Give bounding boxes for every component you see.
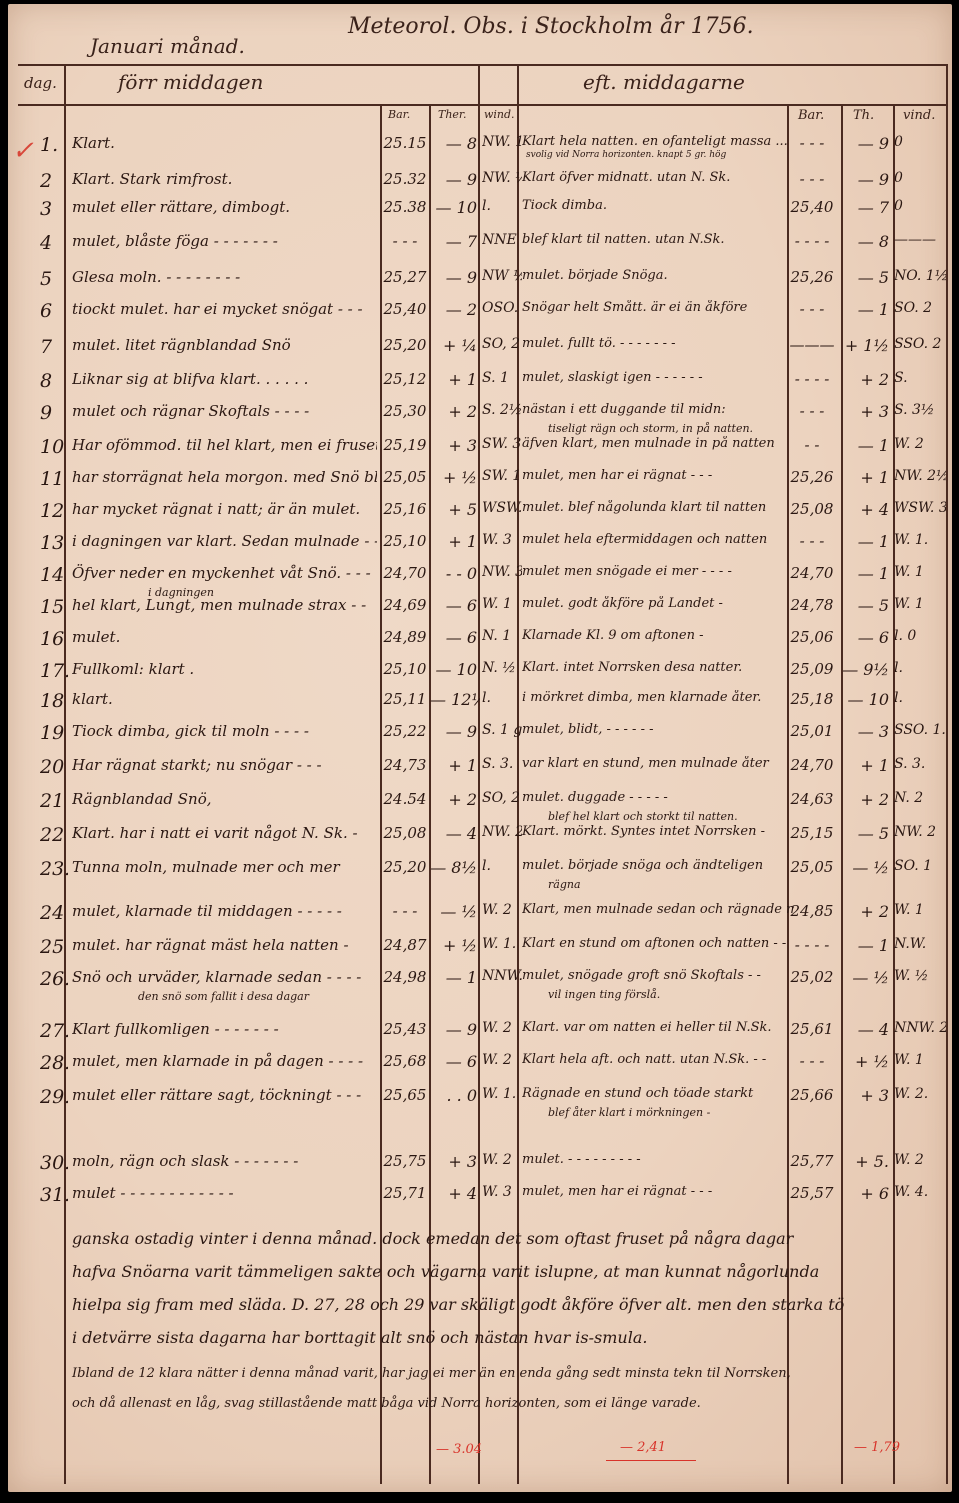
cell-bar2: - - - - [786, 370, 838, 388]
cell-bar2: 25,02 [786, 968, 838, 986]
table-row: 4mulet, blåste föga - - - - - - -- - -— … [8, 232, 952, 256]
cell-day: 24 [40, 902, 68, 924]
col-header-wind: wind. [484, 108, 515, 121]
cell-wind2: S. 3½ [894, 402, 946, 418]
cell-pm: mulet, men har ei rägnat - - - [522, 1184, 794, 1199]
cell-am: mulet. litet rägnblandad Snö [72, 336, 377, 354]
cell-pm: Klart, men mulnade sedan och rägnade myc… [522, 902, 794, 917]
cell-am: tiockt mulet. har ei mycket snögat - - - [72, 300, 377, 318]
cell-pm: mulet. godt åkföre på Landet - [522, 596, 794, 611]
cell-wind: SW. 3 [482, 436, 522, 452]
cell-ther: + 1 [430, 532, 480, 551]
cell-ther2: — 9 [838, 170, 893, 189]
col-header-ther2: Th. [853, 108, 874, 123]
cell-bar2: ——— [786, 336, 838, 354]
table-row: 24mulet, klarnade til middagen - - - - -… [8, 902, 952, 926]
cell-wind: OSO. 1 [482, 300, 522, 316]
cell-bar: 24.54 [380, 790, 430, 808]
cell-wind2: WSW. 3. [894, 500, 946, 516]
table-row: 9mulet och rägnar Skoftals - - - -25,30+… [8, 402, 952, 426]
cell-ther2: — 5 [838, 596, 893, 615]
cell-wind: SW. 1 [482, 468, 522, 484]
cell-ther: + ¼ [430, 336, 480, 355]
cell-ther2: + ½ [838, 1052, 893, 1071]
cell-ther2: — 8 [838, 232, 893, 251]
table-row: 2Klart. Stark rimfrost.25.32— 9NW. ½Klar… [8, 170, 952, 194]
cell-wind: NW. 2 [482, 824, 522, 840]
table-row: 26.Snö och urväder, klarnade sedan - - -… [8, 968, 952, 992]
cell-pm: Klart hela natten. en ofanteligt massa .… [522, 134, 794, 149]
cell-am: Har rägnat starkt; nu snögar - - - [72, 756, 377, 774]
col-header-pm: eft. middagarne [583, 70, 745, 94]
cell-pm: mulet, blidt, - - - - - - [522, 722, 794, 737]
cell-ther: — 9 [430, 722, 480, 741]
cell-wind2: W. 1 [894, 1052, 946, 1068]
cell-wind2: NW. 2 [894, 824, 946, 840]
cell-bar2: 25,08 [786, 500, 838, 518]
cell-pm: äfven klart, men mulnade in på natten [522, 436, 794, 451]
cell-bar2: 25,05 [786, 858, 838, 876]
cell-ther: . . 0 [430, 1086, 480, 1105]
table-row: 28.mulet, men klarnade in på dagen - - -… [8, 1052, 952, 1076]
cell-bar: 25,10 [380, 660, 430, 678]
table-row: 16mulet.24,89— 6N. 1Klarnade Kl. 9 om af… [8, 628, 952, 652]
cell-bar2: 25,01 [786, 722, 838, 740]
cell-day: 28. [40, 1052, 68, 1074]
total-underline [606, 1460, 696, 1461]
cell-wind2: N.W. [894, 936, 946, 952]
cell-am: mulet. [72, 628, 377, 646]
cell-wind: S. 1 [482, 370, 522, 386]
cell-ther2: — 1 [838, 532, 893, 551]
cell-bar2: 25,15 [786, 824, 838, 842]
cell-wind: NW. 3 [482, 564, 522, 580]
cell-pm: mulet. började Snöga. [522, 268, 794, 283]
cell-wind2: SO. 2 [894, 300, 946, 316]
col-header-wind2: vind. [903, 108, 935, 123]
cell-wind2: l. [894, 690, 946, 706]
cell-day: 25 [40, 936, 68, 958]
cell-bar2: 24,70 [786, 756, 838, 774]
cell-ther: + 1 [430, 370, 480, 389]
cell-pm: nästan i ett duggande til midn: [522, 402, 794, 417]
manuscript-page: Meteorol. Obs. i Stockholm år 1756. Janu… [8, 4, 952, 1492]
cell-am: Snö och urväder, klarnade sedan - - - - [72, 968, 377, 986]
cell-day: 31. [40, 1184, 68, 1206]
cell-bar: 25,19 [380, 436, 430, 454]
table-row: 18klart.25,11— 12½l.i mörkret dimba, men… [8, 690, 952, 714]
cell-ther2: + 6 [838, 1184, 893, 1203]
cell-wind: NNW. 1½ [482, 968, 522, 984]
cell-pm: var klart en stund, men mulnade åter [522, 756, 794, 771]
table-row: 3mulet eller rättare, dimbogt.25.38— 10l… [8, 198, 952, 222]
cell-wind: NW ½ [482, 268, 522, 284]
cell-ther2: + 2 [838, 370, 893, 389]
cell-wind: l. [482, 198, 522, 214]
cell-ther2: — 1 [838, 436, 893, 455]
cell-bar: 24,73 [380, 756, 430, 774]
cell-day: 6 [40, 300, 68, 322]
total-ther-pm: — 1,79 [854, 1440, 900, 1455]
cell-day: 10 [40, 436, 68, 458]
cell-wind2: W. 2. [894, 1086, 946, 1102]
cell-wind2: W. ½ [894, 968, 946, 984]
cell-pm-note: svolig vid Norra horizonten. knapt 5 gr.… [526, 150, 726, 160]
cell-ther2: + 1 [838, 468, 893, 487]
cell-day: 22 [40, 824, 68, 846]
summary-line: i detvärre sista dagarna har borttagit a… [72, 1328, 647, 1347]
cell-pm-note: blef åter klart i mörkningen - [548, 1106, 710, 1119]
cell-am: mulet eller rättare sagt, töckningt - - … [72, 1086, 377, 1104]
cell-bar2: 25,26 [786, 468, 838, 486]
cell-ther2: — 3 [838, 722, 893, 741]
cell-ther2: + 3 [838, 402, 893, 421]
cell-ther2: — 1 [838, 936, 893, 955]
cell-wind: S. 3. [482, 756, 522, 772]
cell-bar2: 24,70 [786, 564, 838, 582]
cell-wind: SO, 2 [482, 336, 522, 352]
cell-am: moln, rägn och slask - - - - - - - [72, 1152, 377, 1170]
cell-wind: l. [482, 858, 522, 874]
cell-pm: mulet. - - - - - - - - - [522, 1152, 794, 1167]
cell-bar: 25,30 [380, 402, 430, 420]
cell-wind: W. 2 [482, 1152, 522, 1168]
cell-am: Klart. [72, 134, 377, 152]
cell-pm: Tiock dimba. [522, 198, 794, 213]
cell-am: Fullkoml: klart . [72, 660, 377, 678]
cell-ther2: + 1 [838, 756, 893, 775]
summary-line: hafva Snöarna varit tämmeligen sakte och… [72, 1262, 819, 1281]
cell-day: 5 [40, 268, 68, 290]
cell-am: har mycket rägnat i natt; är än mulet. [72, 500, 377, 518]
cell-bar2: - - [786, 436, 838, 454]
table-row: 15hel klart, Lungt, men mulnade strax - … [8, 596, 952, 620]
cell-pm: mulet men snögade ei mer - - - - [522, 564, 794, 579]
cell-day: 2 [40, 170, 68, 192]
cell-day: 27. [40, 1020, 68, 1042]
cell-wind: W. 2 [482, 1052, 522, 1068]
cell-day: 9 [40, 402, 68, 424]
cell-ther2: — 10 [838, 690, 893, 709]
table-row: 1.Klart.25.15— 8NW. 1.Klart hela natten.… [8, 134, 952, 158]
cell-ther: — 9 [430, 268, 480, 287]
cell-pm: Klart. var om natten ei heller til N.Sk. [522, 1020, 794, 1035]
cell-ther2: — 1 [838, 564, 893, 583]
table-row: 8Liknar sig at blifva klart. . . . . .25… [8, 370, 952, 394]
cell-bar2: - - - [786, 1052, 838, 1070]
cell-am: hel klart, Lungt, men mulnade strax - - [72, 596, 377, 614]
cell-bar: 24,98 [380, 968, 430, 986]
cell-day: 13 [40, 532, 68, 554]
cell-bar: 24,89 [380, 628, 430, 646]
header-rule-bottom [18, 104, 948, 106]
cell-ther2: + 2 [838, 902, 893, 921]
cell-am: Tiock dimba, gick til moln - - - - [72, 722, 377, 740]
cell-am: Tunna moln, mulnade mer och mer [72, 858, 377, 876]
cell-bar2: 24,85 [786, 902, 838, 920]
summary-line: ganska ostadig vinter i denna månad. doc… [72, 1229, 793, 1248]
cell-am: mulet, blåste föga - - - - - - - [72, 232, 377, 250]
cell-pm: Klarnade Kl. 9 om aftonen - [522, 628, 794, 643]
cell-ther: + 5 [430, 500, 480, 519]
cell-pm: mulet. blef någolunda klart til natten [522, 500, 794, 515]
cell-am: Rägnblandad Snö, [72, 790, 377, 808]
cell-wind: W. 1. [482, 1086, 522, 1102]
cell-day: 19 [40, 722, 68, 744]
cell-am: Glesa moln. - - - - - - - - [72, 268, 377, 286]
cell-wind: l. [482, 690, 522, 706]
cell-wind2: SO. 1 [894, 858, 946, 874]
summary-line: hielpa sig fram med släda. D. 27, 28 och… [72, 1295, 844, 1314]
cell-pm: Rägnade en stund och töade starkt [522, 1086, 794, 1101]
table-row: 23.Tunna moln, mulnade mer och mer25,20—… [8, 858, 952, 882]
cell-pm: i mörkret dimba, men klarnade åter. [522, 690, 794, 705]
cell-bar: - - - [380, 902, 430, 920]
cell-day: 20 [40, 756, 68, 778]
cell-wind: W. 3 [482, 532, 522, 548]
cell-wind: NW. 1. [482, 134, 522, 150]
total-bar-pm: — 2,41 [620, 1440, 666, 1455]
cell-bar2: 25,40 [786, 198, 838, 216]
col-header-day: dag. [24, 74, 57, 92]
cell-wind2: S. [894, 370, 946, 386]
summary-line: och då allenast en låg, svag stillaståen… [72, 1396, 701, 1411]
cell-day: 17. [40, 660, 68, 682]
cell-ther2: — 5 [838, 268, 893, 287]
cell-pm: mulet, snögade groft snö Skoftals - - [522, 968, 794, 983]
cell-bar2: - - - - [786, 936, 838, 954]
cell-bar: 25,40 [380, 300, 430, 318]
cell-bar: 24,69 [380, 596, 430, 614]
cell-bar: 25,20 [380, 858, 430, 876]
cell-wind2: W. 4. [894, 1184, 946, 1200]
cell-wind2: l. 0 [894, 628, 946, 644]
table-row: 12har mycket rägnat i natt; är än mulet.… [8, 500, 952, 524]
summary-line: Ibland de 12 klara nätter i denna månad … [72, 1366, 791, 1381]
cell-wind: N. ½ [482, 660, 522, 676]
cell-wind: W. 3 [482, 1184, 522, 1200]
cell-ther: — 9 [430, 170, 480, 189]
total-ther-am: — 3.04 [436, 1442, 482, 1457]
cell-wind: NW. ½ [482, 170, 522, 186]
cell-ther: — 10 [430, 660, 480, 679]
table-row: 5Glesa moln. - - - - - - - -25,27— 9NW ½… [8, 268, 952, 292]
cell-wind2: W. 2 [894, 1152, 946, 1168]
cell-am: Har ofömmod. til hel klart, men ei fruse… [72, 436, 377, 454]
cell-wind2: ——— [894, 232, 946, 248]
cell-bar2: 25,57 [786, 1184, 838, 1202]
cell-ther2: — 1 [838, 300, 893, 319]
table-row: 21Rägnblandad Snö,24.54+ 2SO, 2mulet. du… [8, 790, 952, 814]
cell-ther: — 6 [430, 628, 480, 647]
cell-bar2: 25,61 [786, 1020, 838, 1038]
cell-bar2: - - - [786, 170, 838, 188]
cell-bar: 25,43 [380, 1020, 430, 1038]
cell-pm: blef klart til natten. utan N.Sk. [522, 232, 794, 247]
table-row: 30.moln, rägn och slask - - - - - - -25,… [8, 1152, 952, 1176]
cell-ther: — 4 [430, 824, 480, 843]
cell-wind: NNE [482, 232, 522, 248]
cell-bar: 25,27 [380, 268, 430, 286]
cell-ther2: + 5. [838, 1152, 893, 1171]
cell-am: i dagningen var klart. Sedan mulnade - - [72, 532, 377, 550]
cell-am: mulet eller rättare, dimbogt. [72, 198, 377, 216]
cell-day: 7 [40, 336, 68, 358]
cell-wind2: 0 [894, 134, 946, 150]
col-header-bar: Bar. [388, 108, 410, 121]
cell-bar: 25.32 [380, 170, 430, 188]
cell-am: mulet, klarnade til middagen - - - - - [72, 902, 377, 920]
cell-bar: - - - [380, 232, 430, 250]
cell-ther2: + 4 [838, 500, 893, 519]
cell-bar: 25,71 [380, 1184, 430, 1202]
cell-ther: — 8½ [430, 858, 480, 877]
cell-pm: Snögar helt Smått. är ei än åkföre [522, 300, 794, 315]
cell-day: 26. [40, 968, 68, 990]
cell-ther2: — ½ [838, 858, 893, 877]
cell-wind2: 0 [894, 198, 946, 214]
cell-pm: mulet. fullt tö. - - - - - - - [522, 336, 794, 351]
cell-ther2: + 3 [838, 1086, 893, 1105]
cell-ther: + ½ [430, 936, 480, 955]
cell-wind2: 0 [894, 170, 946, 186]
cell-ther: — 2 [430, 300, 480, 319]
cell-ther2: — 7 [838, 198, 893, 217]
cell-am: klart. [72, 690, 377, 708]
cell-am: Klart. har i natt ei varit något N. Sk. … [72, 824, 377, 842]
cell-ther: + ½ [430, 468, 480, 487]
cell-pm: mulet. började snöga och ändteligen [522, 858, 794, 873]
cell-wind2: S. 3. [894, 756, 946, 772]
cell-ther: + 3 [430, 1152, 480, 1171]
cell-pm: Klart öfver midnatt. utan N. Sk. [522, 170, 794, 185]
cell-bar: 24,87 [380, 936, 430, 954]
cell-day: 14 [40, 564, 68, 586]
cell-bar: 25,12 [380, 370, 430, 388]
cell-ther: — 8 [430, 134, 480, 153]
table-row: 6tiockt mulet. har ei mycket snögat - - … [8, 300, 952, 324]
cell-wind: SO, 2 [482, 790, 522, 806]
cell-am: Klart fullkomligen - - - - - - - [72, 1020, 377, 1038]
cell-ther: — 1 [430, 968, 480, 987]
month-label: Januari månad. [90, 34, 245, 58]
cell-wind: W. 1 [482, 596, 522, 612]
cell-ther: — ½ [430, 902, 480, 921]
cell-ther: — 6 [430, 1052, 480, 1071]
cell-ther2: — 5 [838, 824, 893, 843]
table-row: 20Har rägnat starkt; nu snögar - - -24,7… [8, 756, 952, 780]
cell-ther2: — 9 [838, 134, 893, 153]
col-header-am: förr middagen [118, 70, 263, 94]
cell-wind2: SSO. 2 [894, 336, 946, 352]
cell-ther: — 6 [430, 596, 480, 615]
cell-wind2: W. 1 [894, 564, 946, 580]
cell-pm-note: blef hel klart och storkt til natten. [548, 810, 738, 823]
cell-bar2: 25,09 [786, 660, 838, 678]
cell-bar2: 24,63 [786, 790, 838, 808]
cell-day: 18 [40, 690, 68, 712]
cell-wind2: l. [894, 660, 946, 676]
cell-pm: mulet, slaskigt igen - - - - - - [522, 370, 794, 385]
cell-bar2: 25,77 [786, 1152, 838, 1170]
cell-bar2: - - - [786, 300, 838, 318]
cell-day: 3 [40, 198, 68, 220]
cell-bar2: - - - [786, 134, 838, 152]
cell-wind2: W. 1. [894, 532, 946, 548]
cell-ther2: + 2 [838, 790, 893, 809]
col-header-ther: Ther. [438, 108, 466, 121]
cell-ther: — 12½ [430, 690, 480, 709]
cell-wind2: NW. 2½ [894, 468, 946, 484]
cell-bar2: - - - [786, 532, 838, 550]
cell-ther: + 2 [430, 790, 480, 809]
cell-bar: 24,70 [380, 564, 430, 582]
cell-day: 15 [40, 596, 68, 618]
cell-pm-note: rägna [548, 878, 581, 891]
cell-day: 23. [40, 858, 68, 880]
cell-bar2: 24,78 [786, 596, 838, 614]
cell-wind2: N. 2 [894, 790, 946, 806]
cell-pm: mulet, men har ei rägnat - - - [522, 468, 794, 483]
cell-pm-note: tiseligt rägn och storm, in på natten. [548, 422, 753, 435]
cell-bar2: 25,26 [786, 268, 838, 286]
cell-am: mulet - - - - - - - - - - - - [72, 1184, 377, 1202]
cell-ther2: — 6 [838, 628, 893, 647]
cell-wind2: NNW. 2 [894, 1020, 946, 1036]
table-row: 27.Klart fullkomligen - - - - - - -25,43… [8, 1020, 952, 1044]
cell-bar: 25,20 [380, 336, 430, 354]
cell-pm: Klart. mörkt. Syntes intet Norrsken - [522, 824, 794, 839]
cell-bar2: 25,06 [786, 628, 838, 646]
cell-pm-note: vil ingen ting förslå. [548, 988, 660, 1001]
cell-ther: — 9 [430, 1020, 480, 1039]
cell-bar2: 25,18 [786, 690, 838, 708]
table-row: 29.mulet eller rättare sagt, töckningt -… [8, 1086, 952, 1110]
cell-am: har storrägnat hela morgon. med Snö blan… [72, 468, 377, 486]
cell-bar: 25,75 [380, 1152, 430, 1170]
cell-wind2: SSO. 1. [894, 722, 946, 738]
table-row: 25mulet. har rägnat mäst hela natten -24… [8, 936, 952, 960]
cell-am: Klart. Stark rimfrost. [72, 170, 377, 188]
cell-am: Öfver neder en myckenhet våt Snö. - - - [72, 564, 377, 582]
cell-bar: 25,22 [380, 722, 430, 740]
table-row: 17.Fullkoml: klart .25,10— 10N. ½Klart. … [8, 660, 952, 684]
cell-bar: 25,68 [380, 1052, 430, 1070]
cell-bar: 25,11 [380, 690, 430, 708]
table-row: 14Öfver neder en myckenhet våt Snö. - - … [8, 564, 952, 588]
cell-ther2: — ½ [838, 968, 893, 987]
cell-wind2: NO. 1½ [894, 268, 946, 284]
cell-day: 8 [40, 370, 68, 392]
cell-bar2: 25,66 [786, 1086, 838, 1104]
cell-bar2: - - - [786, 402, 838, 420]
cell-day: 16 [40, 628, 68, 650]
cell-am: mulet, men klarnade in på dagen - - - - [72, 1052, 377, 1070]
cell-ther2: — 9½ [838, 660, 893, 679]
cell-pm: Klart hela aft. och natt. utan N.Sk. - - [522, 1052, 794, 1067]
cell-ther: + 2 [430, 402, 480, 421]
cell-bar: 25,05 [380, 468, 430, 486]
cell-day: 21 [40, 790, 68, 812]
cell-bar: 25.15 [380, 134, 430, 152]
cell-day: 29. [40, 1086, 68, 1108]
cell-bar: 25.38 [380, 198, 430, 216]
cell-wind2: W. 1 [894, 902, 946, 918]
cell-ther2: + 1½ [838, 336, 893, 355]
cell-pm: Klart en stund om aftonen och natten - - [522, 936, 794, 951]
cell-wind: W. 1. [482, 936, 522, 952]
cell-wind2: W. 1 [894, 596, 946, 612]
